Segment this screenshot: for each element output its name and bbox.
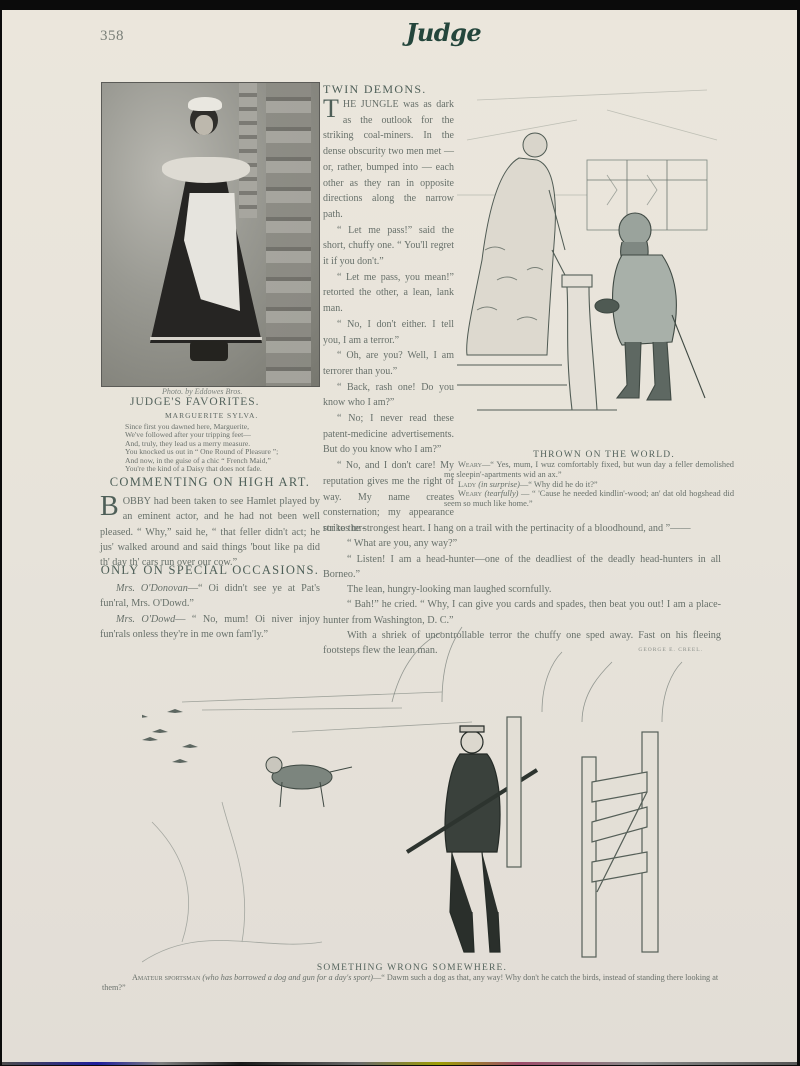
dialogue-line: Mrs. O'Donovan—“ Oi didn't see ye at Pat…	[100, 581, 320, 612]
article-paragraph: “ Back, rash one! Do you know who I am?”	[323, 380, 454, 411]
cartoon-title: SOMETHING WRONG SOMEWHERE.	[102, 963, 722, 973]
article-body: BOBBY had been taken to see Hamlet playe…	[100, 494, 320, 570]
article-paragraph: “ No; I never read these patent-medicine…	[323, 411, 454, 458]
article-paragraph: ror to the strongest heart. I hang on a …	[323, 521, 721, 536]
cartoon-thrown-on-the-world	[457, 80, 727, 440]
dialogue-line: Amateur sportsman (who has borrowed a do…	[102, 973, 722, 992]
sportsman-and-dog-illustration	[142, 622, 702, 967]
article-paragraph: “ Let me pass!” said the short, chuffy o…	[323, 223, 454, 270]
article-commenting: COMMENTING ON HIGH ART. BOBBY had been t…	[100, 475, 320, 570]
cartoon-caption-sportsman: SOMETHING WRONG SOMEWHERE. Amateur sport…	[102, 963, 722, 992]
drop-cap: B	[100, 496, 119, 518]
photo-credit: Photo. by Eddowes Bros.	[162, 387, 242, 396]
cartoon-caption-thrown: THROWN ON THE WORLD. Weary—“ Yes, mum, I…	[444, 450, 734, 509]
feature-title: JUDGE'S FAVORITES.	[130, 396, 260, 408]
poem-line: You're the kind of a Daisy that does not…	[125, 465, 325, 473]
article-paragraph: “ Listen! I am a head-hunter—one of the …	[323, 552, 721, 583]
article-paragraph: THE JUNGLE was as dark as the outlook fo…	[323, 97, 454, 223]
article-heading: COMMENTING ON HIGH ART.	[100, 475, 320, 490]
page-number: 358	[100, 28, 124, 45]
article-heading: TWIN DEMONS.	[323, 82, 454, 97]
scan-edge	[2, 1062, 797, 1065]
tramp-and-lady-illustration	[457, 80, 727, 440]
feature-subject: MARGUERITE SYLVA.	[165, 411, 258, 420]
ornate-pillar	[266, 83, 311, 386]
drop-cap: T	[323, 99, 339, 119]
article-twin-demons: TWIN DEMONS. THE JUNGLE was as dark as t…	[323, 82, 454, 537]
article-paragraph: The lean, hungry-looking man laughed sco…	[323, 582, 721, 597]
article-paragraph: “ Oh, are you? Well, I am terrorer than …	[323, 348, 454, 379]
dialogue-line: Lady (in surprise)—“ Why did he do it?”	[444, 480, 734, 490]
article-paragraph: “ Let me pass, you mean!” retorted the o…	[323, 270, 454, 317]
masthead-logo: Judge	[406, 18, 481, 47]
actress-photo	[101, 82, 320, 387]
article-paragraph: “ What are you, any way?”	[323, 536, 721, 551]
poem: Since first you dawned here, Marguerite,…	[125, 423, 325, 473]
article-heading: ONLY ON SPECIAL OCCASIONS.	[100, 563, 320, 578]
cartoon-title: THROWN ON THE WORLD.	[474, 450, 734, 460]
cartoon-something-wrong	[142, 622, 702, 967]
article-paragraph: “ No, I don't either. I tell you, I am a…	[323, 317, 454, 348]
dialogue-line: Weary (tearfully) — “ 'Cause he needed k…	[444, 489, 734, 509]
magazine-page: 358 Judge Photo. by Eddowes Bros. JUDGE'…	[2, 10, 797, 1062]
dialogue-line: Weary—“ Yes, mum, I wuz comfortably fixe…	[444, 460, 734, 480]
